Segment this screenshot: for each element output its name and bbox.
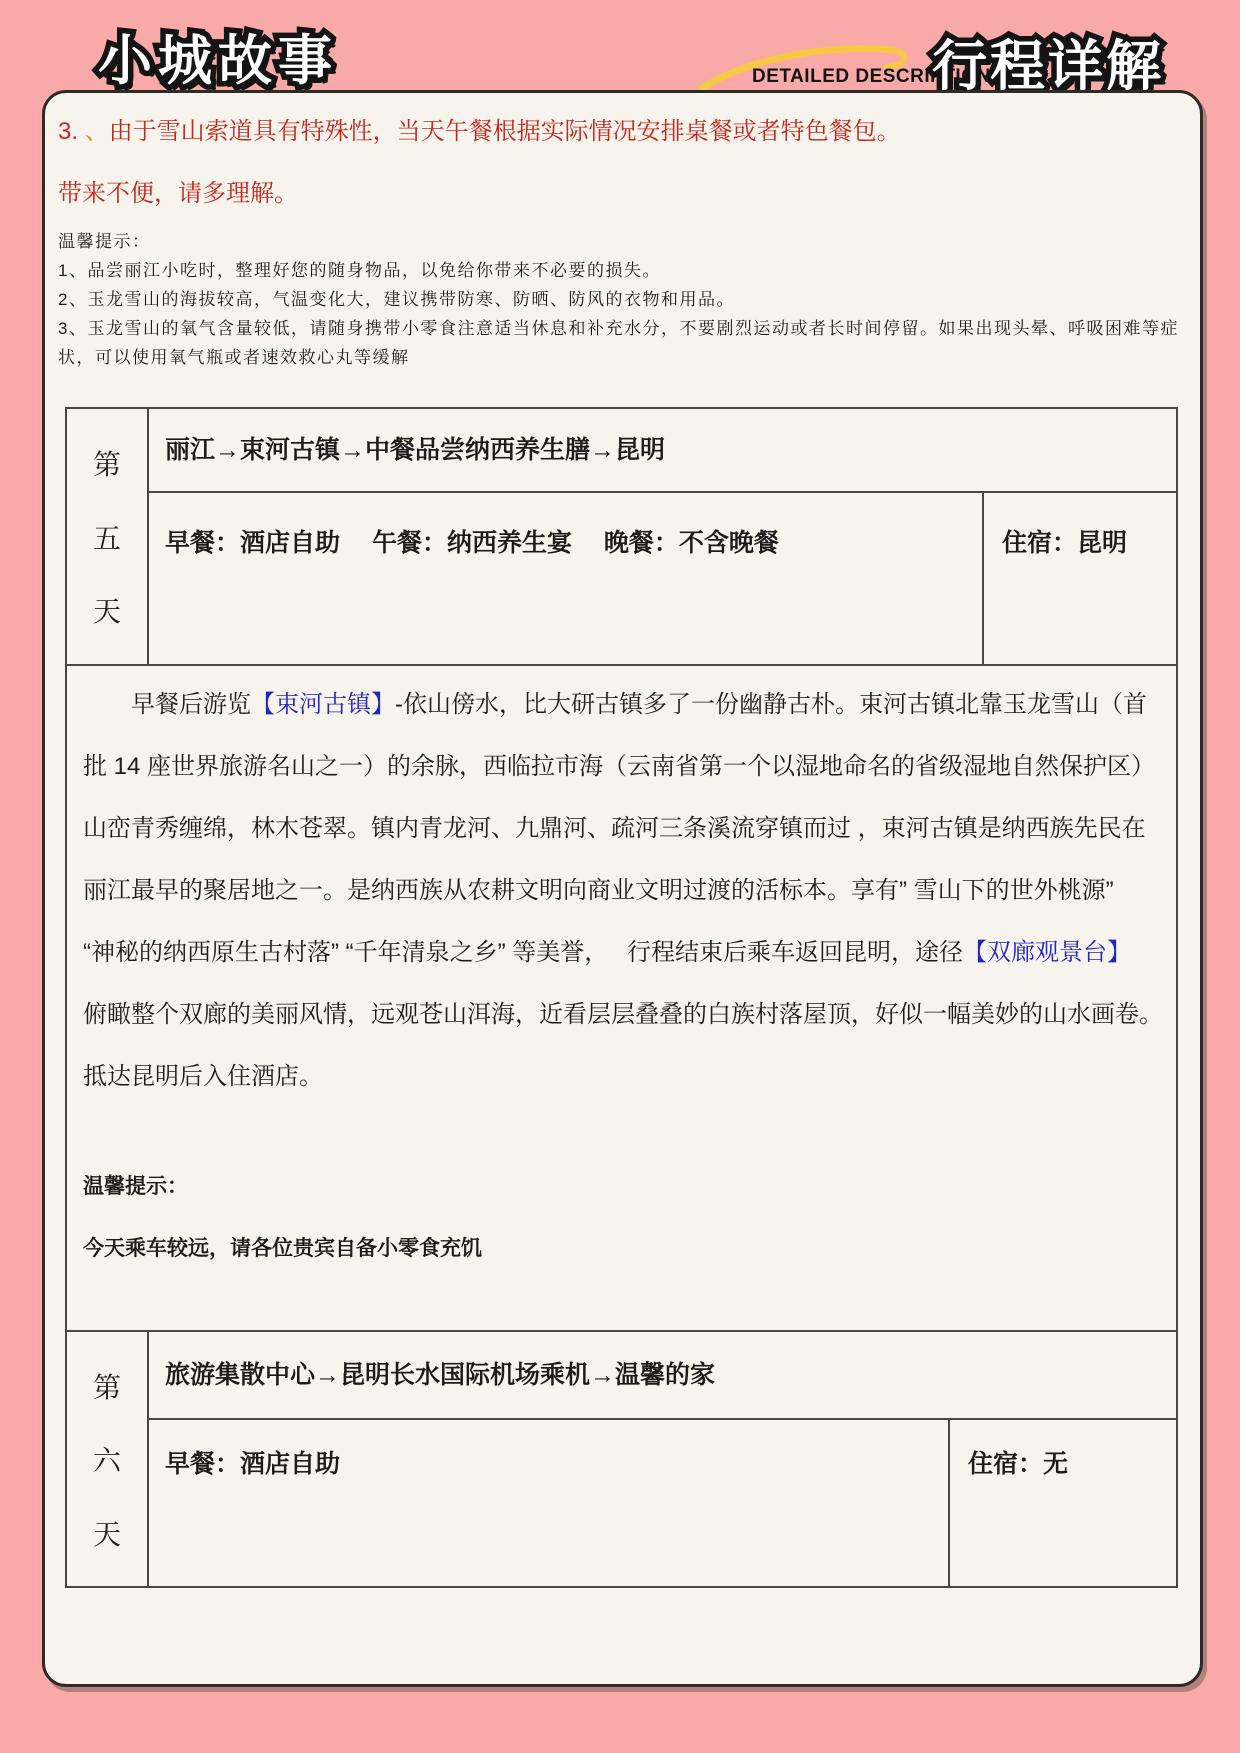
day5-tips-title: 温馨提示： xyxy=(83,1156,1160,1218)
day6-label-char: 天 xyxy=(93,1513,121,1553)
top-tips-title: 温馨提示： xyxy=(58,227,1186,256)
day6-label-char: 第 xyxy=(93,1366,121,1406)
description-line: 早餐后游览【束河古镇】-依山傍水，比大研古镇多了一份幽静古朴。束河古镇北靠玉龙雪… xyxy=(83,674,1160,736)
description-line: 山峦青秀缠绵，林木苍翠。镇内青龙河、九鼎河、疏河三条溪流穿镇而过 ，束河古镇是纳… xyxy=(83,798,1160,860)
day5-lodging: 住宿：昆明 xyxy=(982,493,1176,664)
day6-route: 旅游集散中心→昆明长水国际机场乘机→温馨的家 xyxy=(149,1332,1176,1420)
day6-row-group: 第 六 天 旅游集散中心→昆明长水国际机场乘机→温馨的家 早餐：酒店自助 住宿：… xyxy=(67,1332,1176,1586)
day6-label-char: 六 xyxy=(93,1439,121,1479)
top-tip-item: 3、玉龙雪山的氧气含量较低，请随身携带小零食注意适当休息和补充水分，不要剧烈运动… xyxy=(58,314,1186,372)
day5-description: 早餐后游览【束河古镇】-依山傍水，比大研古镇多了一份幽静古朴。束河古镇北靠玉龙雪… xyxy=(67,664,1176,1332)
itinerary-table: 第 五 天 丽江→束河古镇→中餐品尝纳西养生膳→昆明 早餐：酒店自助 午餐：纳西… xyxy=(65,407,1178,1588)
itinerary-card: 3. 、由于雪山索道具有特殊性，当天午餐根据实际情况安排桌餐或者特色餐包。 带来… xyxy=(42,90,1203,1687)
spacer xyxy=(83,1108,1160,1156)
top-tips-block: 温馨提示： 1、品尝丽江小吃时，整理好您的随身物品，以免给你带来不必要的损失。 … xyxy=(58,227,1186,372)
day5-label: 第 五 天 xyxy=(67,409,149,664)
description-line: 批 14 座世界旅游名山之一）的余脉，西临拉市海（云南省第一个以湿地命名的省级湿… xyxy=(83,736,1160,798)
notice-text: 由于雪山索道具有特殊性，当天午餐根据实际情况安排桌餐或者特色餐包。 xyxy=(109,118,901,145)
notice-number: 3. xyxy=(58,118,85,145)
day5-row-group: 第 五 天 丽江→束河古镇→中餐品尝纳西养生膳→昆明 早餐：酒店自助 午餐：纳西… xyxy=(67,409,1176,664)
day6-meals: 早餐：酒店自助 xyxy=(149,1420,948,1586)
day5-tips-body: 今天乘车较远，请各位贵宾自备小零食充饥 xyxy=(83,1218,1160,1280)
day5-label-char: 天 xyxy=(93,590,121,630)
description-line: 丽江最早的聚居地之一。是纳西族从农耕文明向商业文明过渡的活标本。享有” 雪山下的… xyxy=(83,860,1160,922)
highlight-shuanglang-viewpoint: 【双廊观景台】 xyxy=(963,939,1131,966)
day5-route: 丽江→束河古镇→中餐品尝纳西养生膳→昆明 xyxy=(149,409,1176,493)
desc-text: -依山傍水，比大研古镇多了一份幽静古朴。束河古镇北靠玉龙雪山（首 xyxy=(395,691,1147,718)
day6-lodging: 住宿：无 xyxy=(948,1420,1176,1586)
notice-line-2: 带来不便，请多理解。 xyxy=(58,173,298,208)
desc-text: 早餐后游览 xyxy=(83,691,251,718)
day6-label: 第 六 天 xyxy=(67,1332,149,1586)
top-tip-item: 2、玉龙雪山的海拔较高，气温变化大，建议携带防寒、防晒、防风的衣物和用品。 xyxy=(58,285,1186,314)
notice-mark: 、 xyxy=(85,118,109,145)
description-line: “神秘的纳西原生古村落” “千年清泉之乡” 等美誉， 行程结束后乘车返回昆明，途… xyxy=(83,922,1160,984)
brand-logo: 小城故事 xyxy=(98,18,338,95)
description-line: 抵达昆明后入住酒店。 xyxy=(83,1046,1160,1108)
desc-text: “神秘的纳西原生古村落” “千年清泉之乡” 等美誉， 行程结束后乘车返回昆明，途… xyxy=(83,939,963,966)
day5-label-char: 第 xyxy=(93,443,121,483)
highlight-shuhe-old-town: 【束河古镇】 xyxy=(251,691,395,718)
day5-meals: 早餐：酒店自助 午餐：纳西养生宴 晚餐：不含晚餐 xyxy=(149,493,982,664)
top-tip-item: 1、品尝丽江小吃时，整理好您的随身物品，以免给你带来不必要的损失。 xyxy=(58,256,1186,285)
page-header: 小城故事 DETAILED DESCRIPTION 行程详解 xyxy=(0,0,1240,96)
description-line: 俯瞰整个双廊的美丽风情，远观苍山洱海，近看层层叠叠的白族村落屋顶，好似一幅美妙的… xyxy=(83,984,1160,1046)
notice-line-1: 3. 、由于雪山索道具有特殊性，当天午餐根据实际情况安排桌餐或者特色餐包。 xyxy=(58,111,901,146)
day5-label-char: 五 xyxy=(93,517,121,557)
